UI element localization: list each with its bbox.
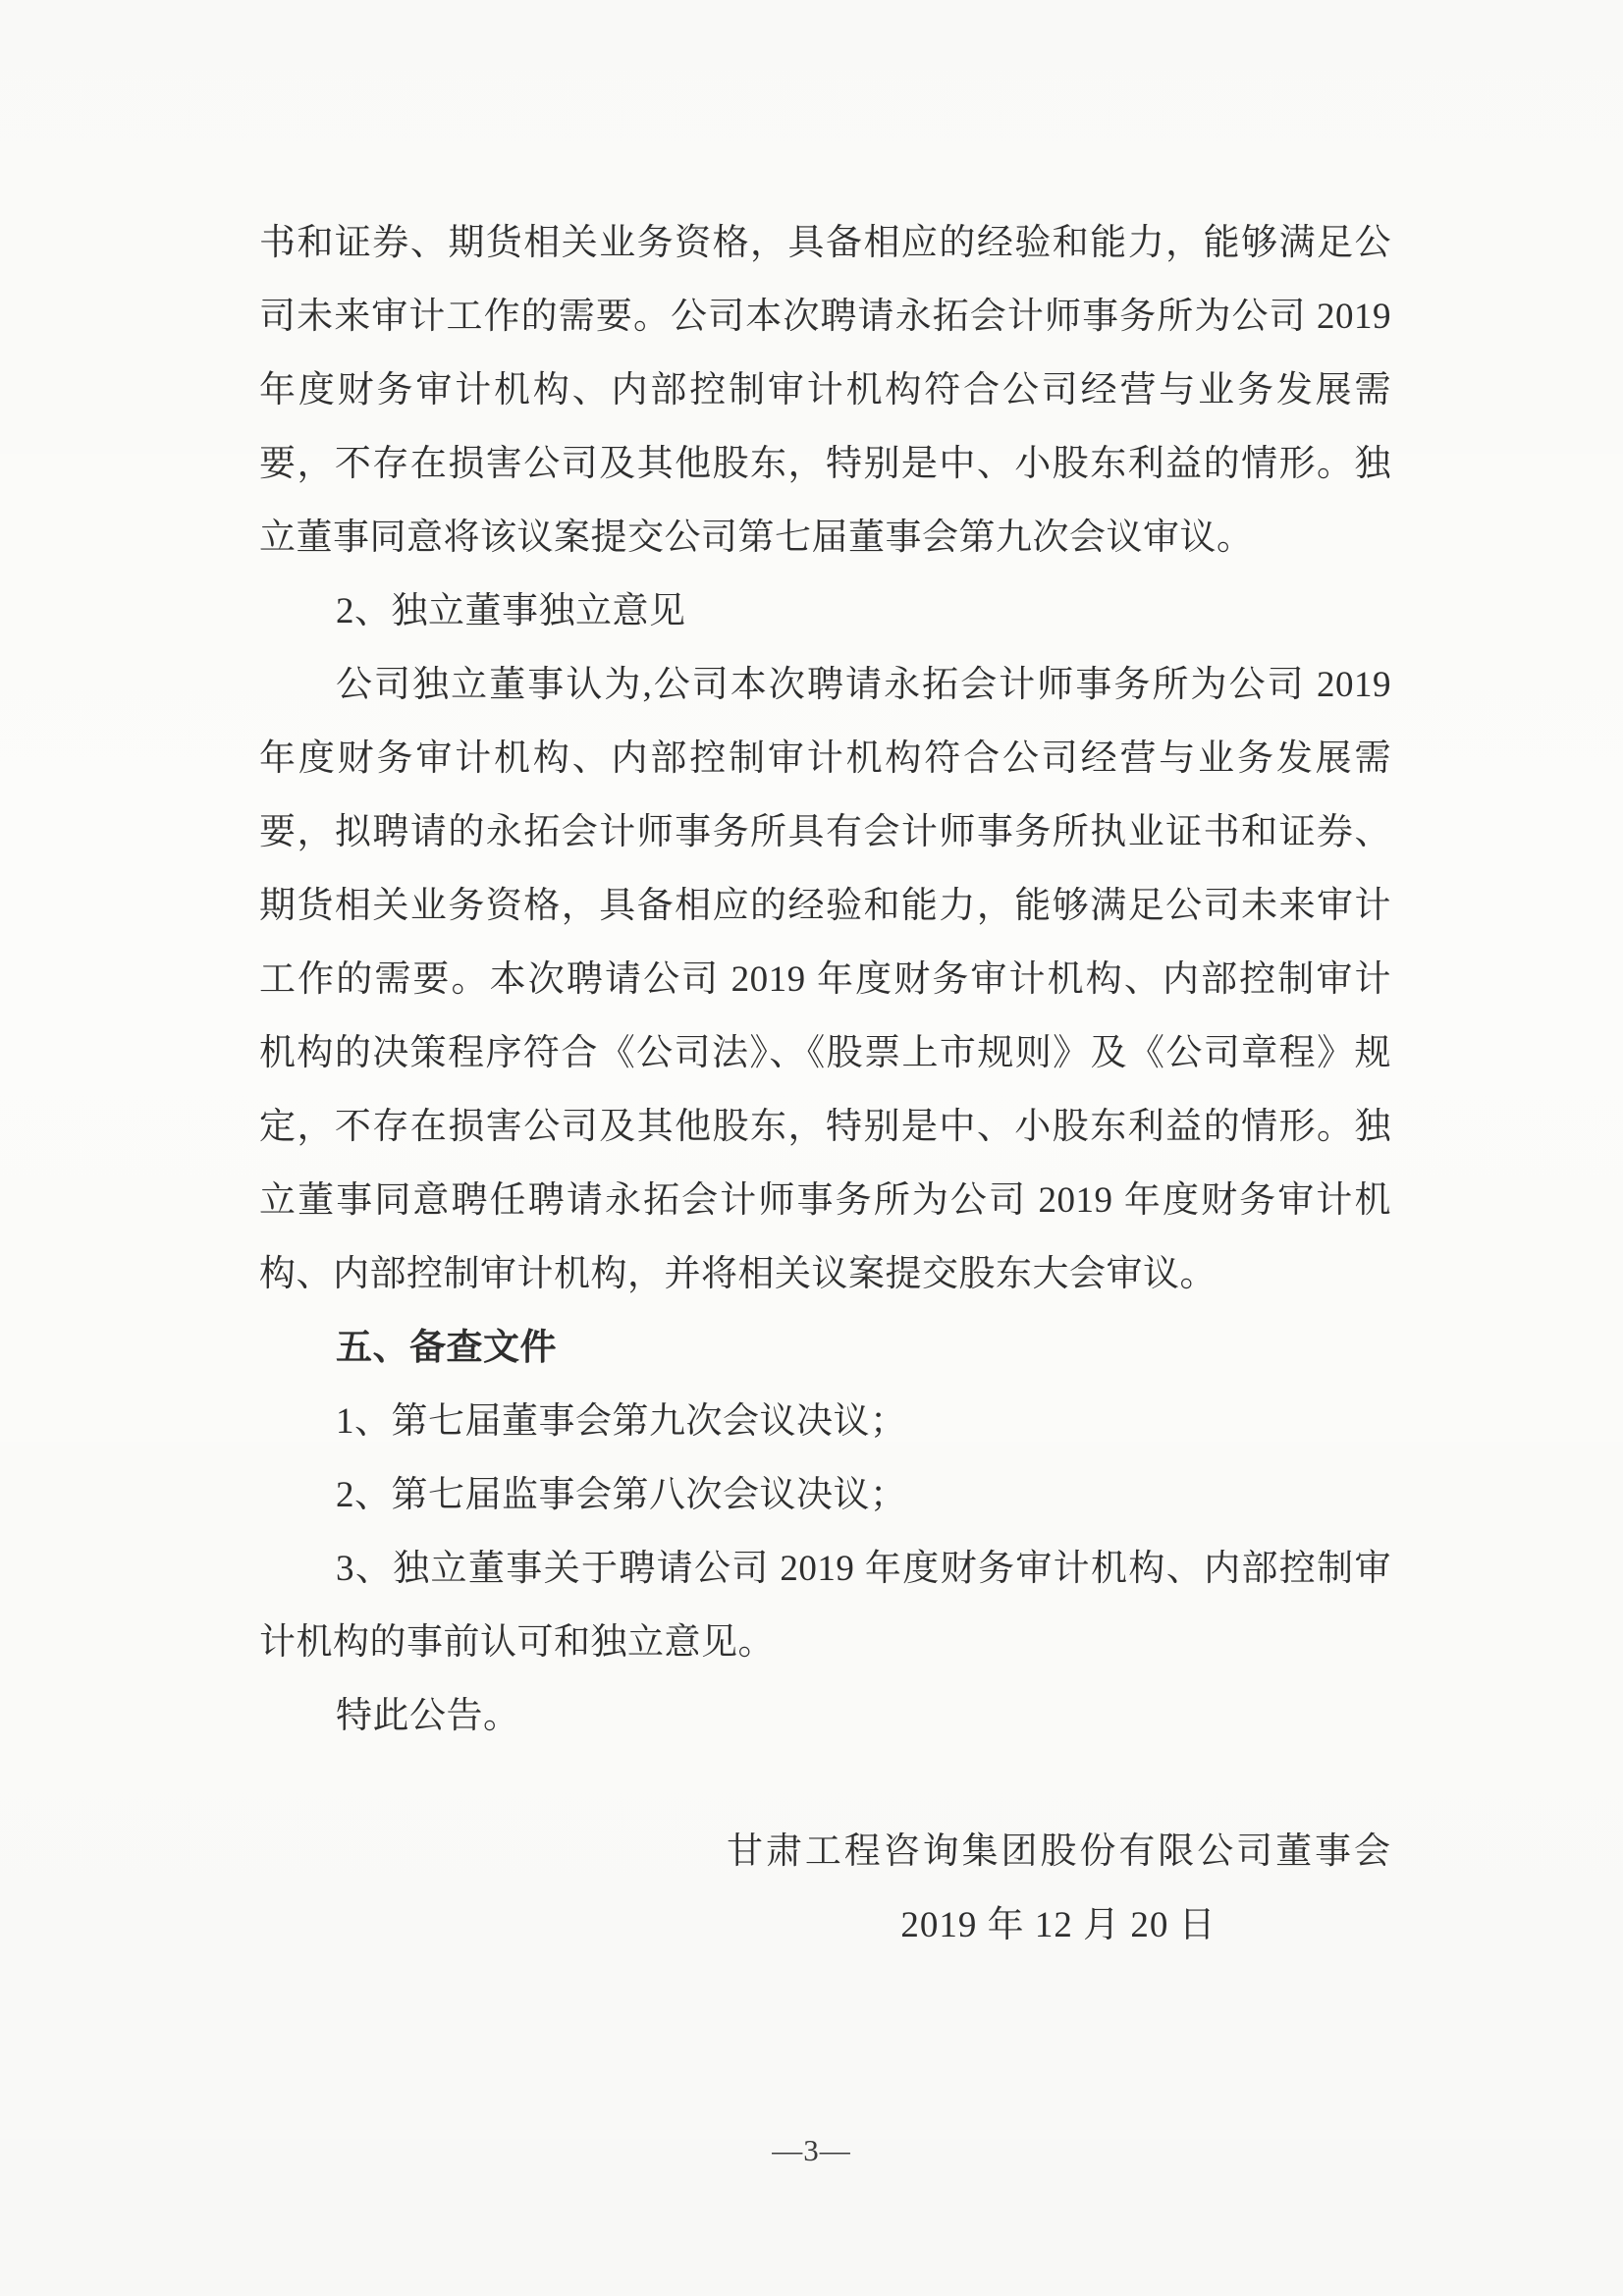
text-line: 五、备查文件 (259, 1311, 1391, 1385)
body-text: 书和证券、期货相关业务资格，具备相应的经验和能力，能够满足公司未来审计工作的需要… (259, 206, 1391, 1753)
signature-block: 甘肃工程咨询集团股份有限公司董事会 2019 年 12 月 20 日 (727, 1815, 1390, 1962)
text-line: 定，不存在损害公司及其他股东，特别是中、小股东利益的情形。独 (259, 1090, 1391, 1164)
text-line: 要，不存在损害公司及其他股东，特别是中、小股东利益的情形。独 (259, 427, 1391, 501)
text-line: 计机构的事前认可和独立意见。 (259, 1606, 1391, 1679)
document-page: 书和证券、期货相关业务资格，具备相应的经验和能力，能够满足公司未来审计工作的需要… (0, 0, 1623, 2296)
text-line: 书和证券、期货相关业务资格，具备相应的经验和能力，能够满足公 (259, 206, 1391, 280)
text-line: 公司独立董事认为,公司本次聘请永拓会计师事务所为公司 2019 (259, 648, 1391, 722)
text-line: 期货相关业务资格，具备相应的经验和能力，能够满足公司未来审计 (259, 869, 1391, 943)
text-line: 3、独立董事关于聘请公司 2019 年度财务审计机构、内部控制审 (259, 1532, 1391, 1606)
text-line: 2、第七届监事会第八次会议决议； (259, 1458, 1391, 1532)
page-number: —3— (0, 2131, 1623, 2170)
text-line: 要，拟聘请的永拓会计师事务所具有会计师事务所执业证书和证券、 (259, 795, 1391, 869)
signature-company: 甘肃工程咨询集团股份有限公司董事会 (727, 1815, 1390, 1888)
text-line: 1、第七届董事会第九次会议决议； (259, 1385, 1391, 1458)
text-line: 立董事同意聘任聘请永拓会计师事务所为公司 2019 年度财务审计机 (259, 1164, 1391, 1237)
text-line: 工作的需要。本次聘请公司 2019 年度财务审计机构、内部控制审计 (259, 943, 1391, 1016)
text-line: 特此公告。 (259, 1679, 1391, 1753)
text-line: 2、独立董事独立意见 (259, 574, 1391, 648)
text-line: 年度财务审计机构、内部控制审计机构符合公司经营与业务发展需 (259, 722, 1391, 795)
text-line: 年度财务审计机构、内部控制审计机构符合公司经营与业务发展需 (259, 354, 1391, 427)
text-line: 司未来审计工作的需要。公司本次聘请永拓会计师事务所为公司 2019 (259, 280, 1391, 354)
text-line: 构、内部控制审计机构，并将相关议案提交股东大会审议。 (259, 1237, 1391, 1311)
text-line: 立董事同意将该议案提交公司第七届董事会第九次会议审议。 (259, 501, 1391, 574)
signature-date: 2019 年 12 月 20 日 (727, 1888, 1390, 1962)
text-line: 机构的决策程序符合《公司法》、《股票上市规则》及《公司章程》规 (259, 1016, 1391, 1090)
